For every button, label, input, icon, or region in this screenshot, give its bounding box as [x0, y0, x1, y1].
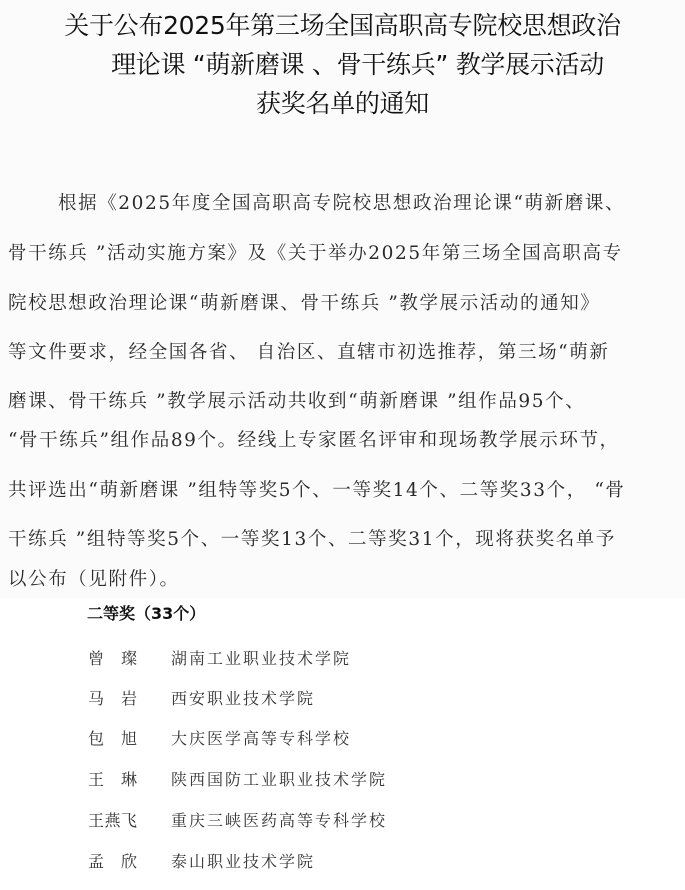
notice-body-line: 共评选出“萌新磨课 ”组特等奖5个、一等奖14个、二等奖33个， “骨 — [8, 479, 626, 503]
winner-name: 王燕飞 — [88, 809, 148, 833]
notice-title-line-3: 获奖名单的通知 — [0, 88, 685, 120]
notice-body-line: 以公布（见附件）。 — [8, 568, 180, 592]
notice-body-line: “骨干练兵”组作品89个。经线上专家匿名评审和现场教学展示环节， — [8, 429, 620, 453]
notice-body-line: 骨干练兵 ”活动实施方案》及《关于举办2025年第三场全国高职高专 — [8, 242, 623, 266]
notice-title-line-2: 理论课 “萌新磨课 、骨干练兵” 教学展示活动 — [30, 49, 685, 81]
winner-name: 孟 欣 — [88, 850, 148, 874]
winner-school: 大庆医学高等专科学校 — [171, 727, 351, 751]
winner-school: 西安职业技术学院 — [171, 687, 315, 711]
notice-body-line: 院校思想政治理论课“萌新磨课、骨干练兵 ”教学展示活动的通知》 — [8, 292, 600, 316]
winner-school: 泰山职业技术学院 — [171, 850, 315, 874]
winner-name: 王 琳 — [88, 768, 148, 792]
notice-body-line: 干练兵 ”组特等奖5个、一等奖13个、二等奖31个，现将获奖名单予 — [8, 528, 616, 552]
winner-name: 包 旭 — [88, 727, 148, 751]
notice-body-line: 等文件要求，经全国各省、 自治区、直辖市初选推荐，第三场“萌新 — [8, 341, 609, 365]
winner-name: 马 岩 — [88, 687, 148, 711]
winner-school: 陕西国防工业职业技术学院 — [171, 768, 387, 792]
winner-school: 湖南工业职业技术学院 — [171, 647, 351, 671]
notice-body-line: 磨课、骨干练兵 ”教学展示活动共收到“萌新磨课 ”组作品95个、 — [8, 390, 585, 414]
notice-title-line-1: 关于公布2025年第三场全国高职高专院校思想政治 — [0, 10, 685, 42]
award-list-heading: 二等奖（33个） — [87, 603, 205, 625]
notice-body-line: 根据《2025年度全国高职高专院校思想政治理论课“萌新磨课、 — [58, 192, 625, 216]
winner-name: 曾 璨 — [88, 647, 148, 671]
notice-section: 关于公布2025年第三场全国高职高专院校思想政治 理论课 “萌新磨课 、骨干练兵… — [0, 0, 685, 598]
winner-school: 重庆三峡医药高等专科学校 — [171, 809, 387, 833]
